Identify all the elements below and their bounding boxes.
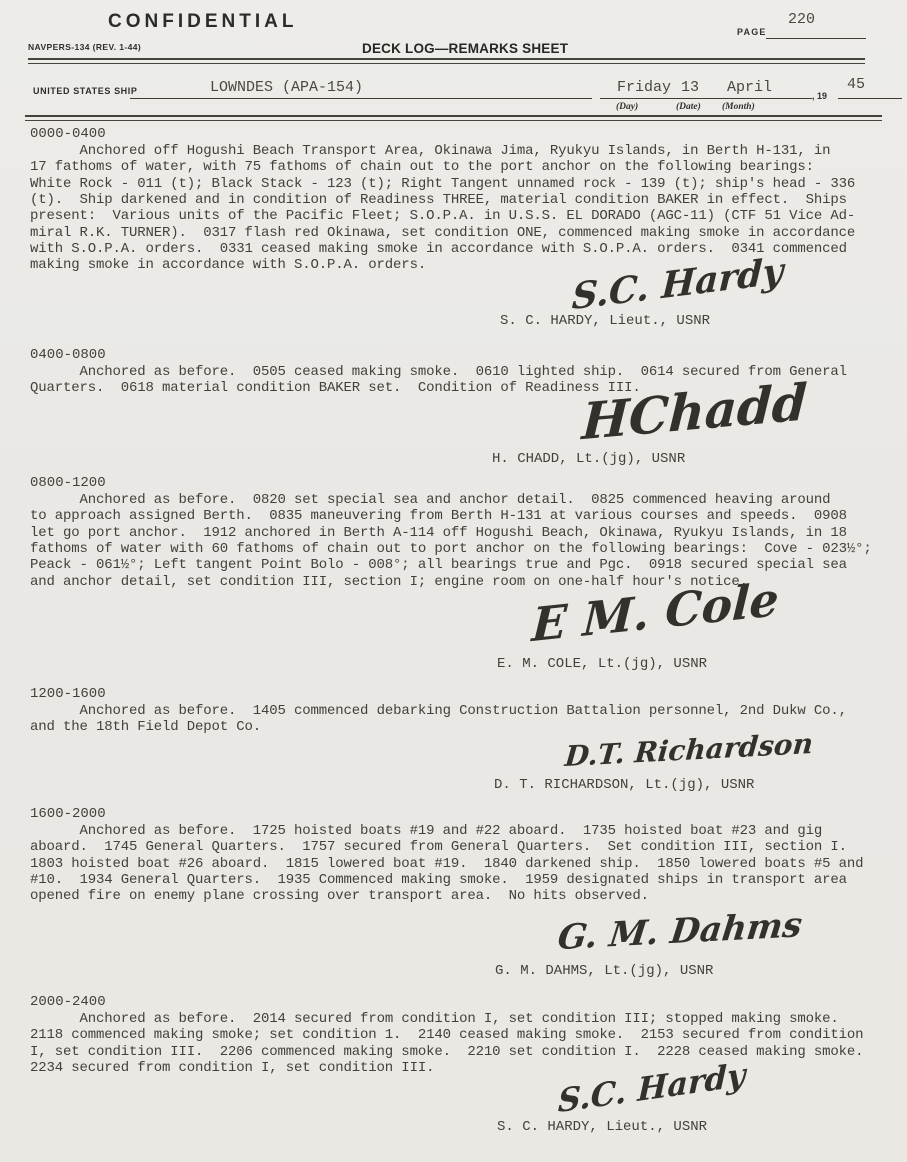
day-label: (Day) xyxy=(616,102,638,112)
log-entry-text: Anchored as before. 2014 secured from co… xyxy=(30,1011,892,1076)
page-number-underline xyxy=(766,37,866,39)
classification-stamp: CONFIDENTIAL xyxy=(108,11,297,33)
watch-time-range: 0000-0400 xyxy=(30,126,892,143)
year-underline xyxy=(838,97,902,99)
year-value: 45 xyxy=(847,76,865,93)
watch-time-range: 0400-0800 xyxy=(30,347,892,364)
typed-signature: G. M. DAHMS, Lt.(jg), USNR xyxy=(495,963,713,979)
ship-name: LOWNDES (APA-154) xyxy=(210,79,363,96)
date-label: (Date) xyxy=(676,102,701,112)
typed-signature: E. M. COLE, Lt.(jg), USNR xyxy=(497,656,707,672)
year-prefix: , 19 xyxy=(812,91,827,101)
typed-signature: D. T. RICHARDSON, Lt.(jg), USNR xyxy=(494,777,754,793)
page-label: PAGE xyxy=(737,27,767,37)
log-section-1600-2000: 1600-2000 Anchored as before. 1725 hoist… xyxy=(30,806,892,905)
deck-log-page: CONFIDENTIAL PAGE 220 NAVPERS-134 (REV. … xyxy=(0,0,907,1162)
log-section-1200-1600: 1200-1600 Anchored as before. 1405 comme… xyxy=(30,686,892,736)
document-title: DECK LOG—REMARKS SHEET xyxy=(362,41,568,56)
typed-signature: S. C. HARDY, Lieut., USNR xyxy=(500,313,710,329)
header-rule xyxy=(28,58,865,64)
month-value: April xyxy=(727,79,772,96)
watch-time-range: 2000-2400 xyxy=(30,994,892,1011)
form-number: NAVPERS-134 (REV. 1-44) xyxy=(28,42,141,52)
typed-signature: S. C. HARDY, Lieut., USNR xyxy=(497,1119,707,1135)
page-number: 220 xyxy=(788,11,815,28)
ship-name-underline xyxy=(130,97,592,99)
month-label: (Month) xyxy=(722,102,755,112)
day-value: Friday xyxy=(617,79,671,96)
date-underline xyxy=(600,97,812,99)
watch-time-range: 1200-1600 xyxy=(30,686,892,703)
ship-label: UNITED STATES SHIP xyxy=(33,86,137,96)
watch-time-range: 0800-1200 xyxy=(30,475,892,492)
typed-signature: H. CHADD, Lt.(jg), USNR xyxy=(492,451,685,467)
handwritten-signature: G. M. Dahms xyxy=(556,905,805,958)
log-section-2000-2400: 2000-2400 Anchored as before. 2014 secur… xyxy=(30,994,892,1076)
date-value: 13 xyxy=(681,79,699,96)
ship-row-rule xyxy=(25,115,882,121)
watch-time-range: 1600-2000 xyxy=(30,806,892,823)
log-entry-text: Anchored as before. 1725 hoisted boats #… xyxy=(30,823,892,905)
